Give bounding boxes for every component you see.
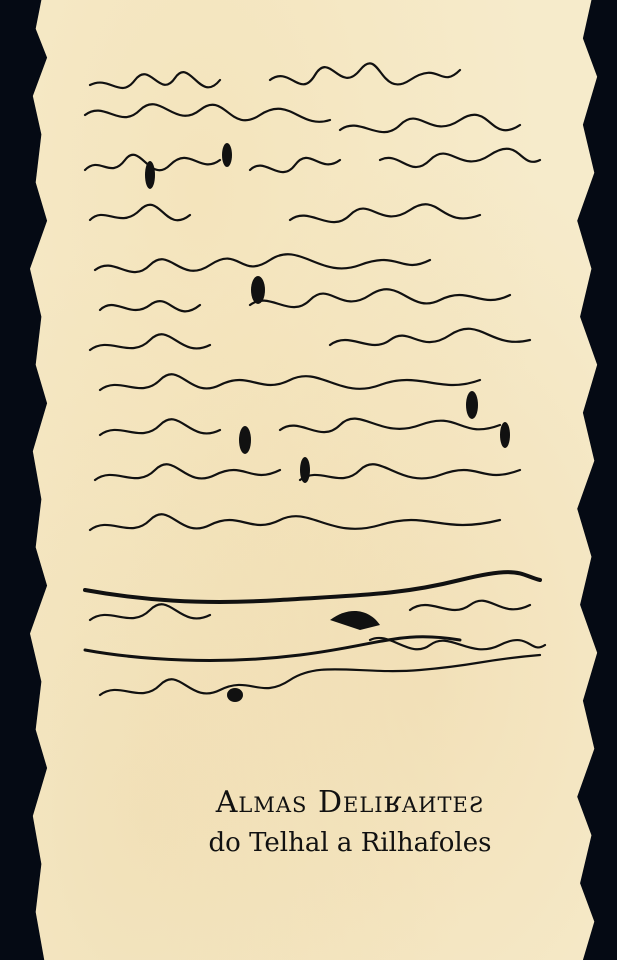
book-subtitle: do Telhal a Rilhafoles: [150, 825, 550, 861]
handwriting-scribble-icon: [80, 60, 550, 720]
manuscript-artwork: [80, 60, 550, 720]
book-title: Almas Deliʁaиteƨ: [150, 785, 550, 821]
book-cover: Almas Deliʁaиteƨ do Telhal a Rilhafoles: [0, 0, 617, 960]
title-block: Almas Deliʁaиteƨ do Telhal a Rilhafoles: [150, 785, 550, 861]
